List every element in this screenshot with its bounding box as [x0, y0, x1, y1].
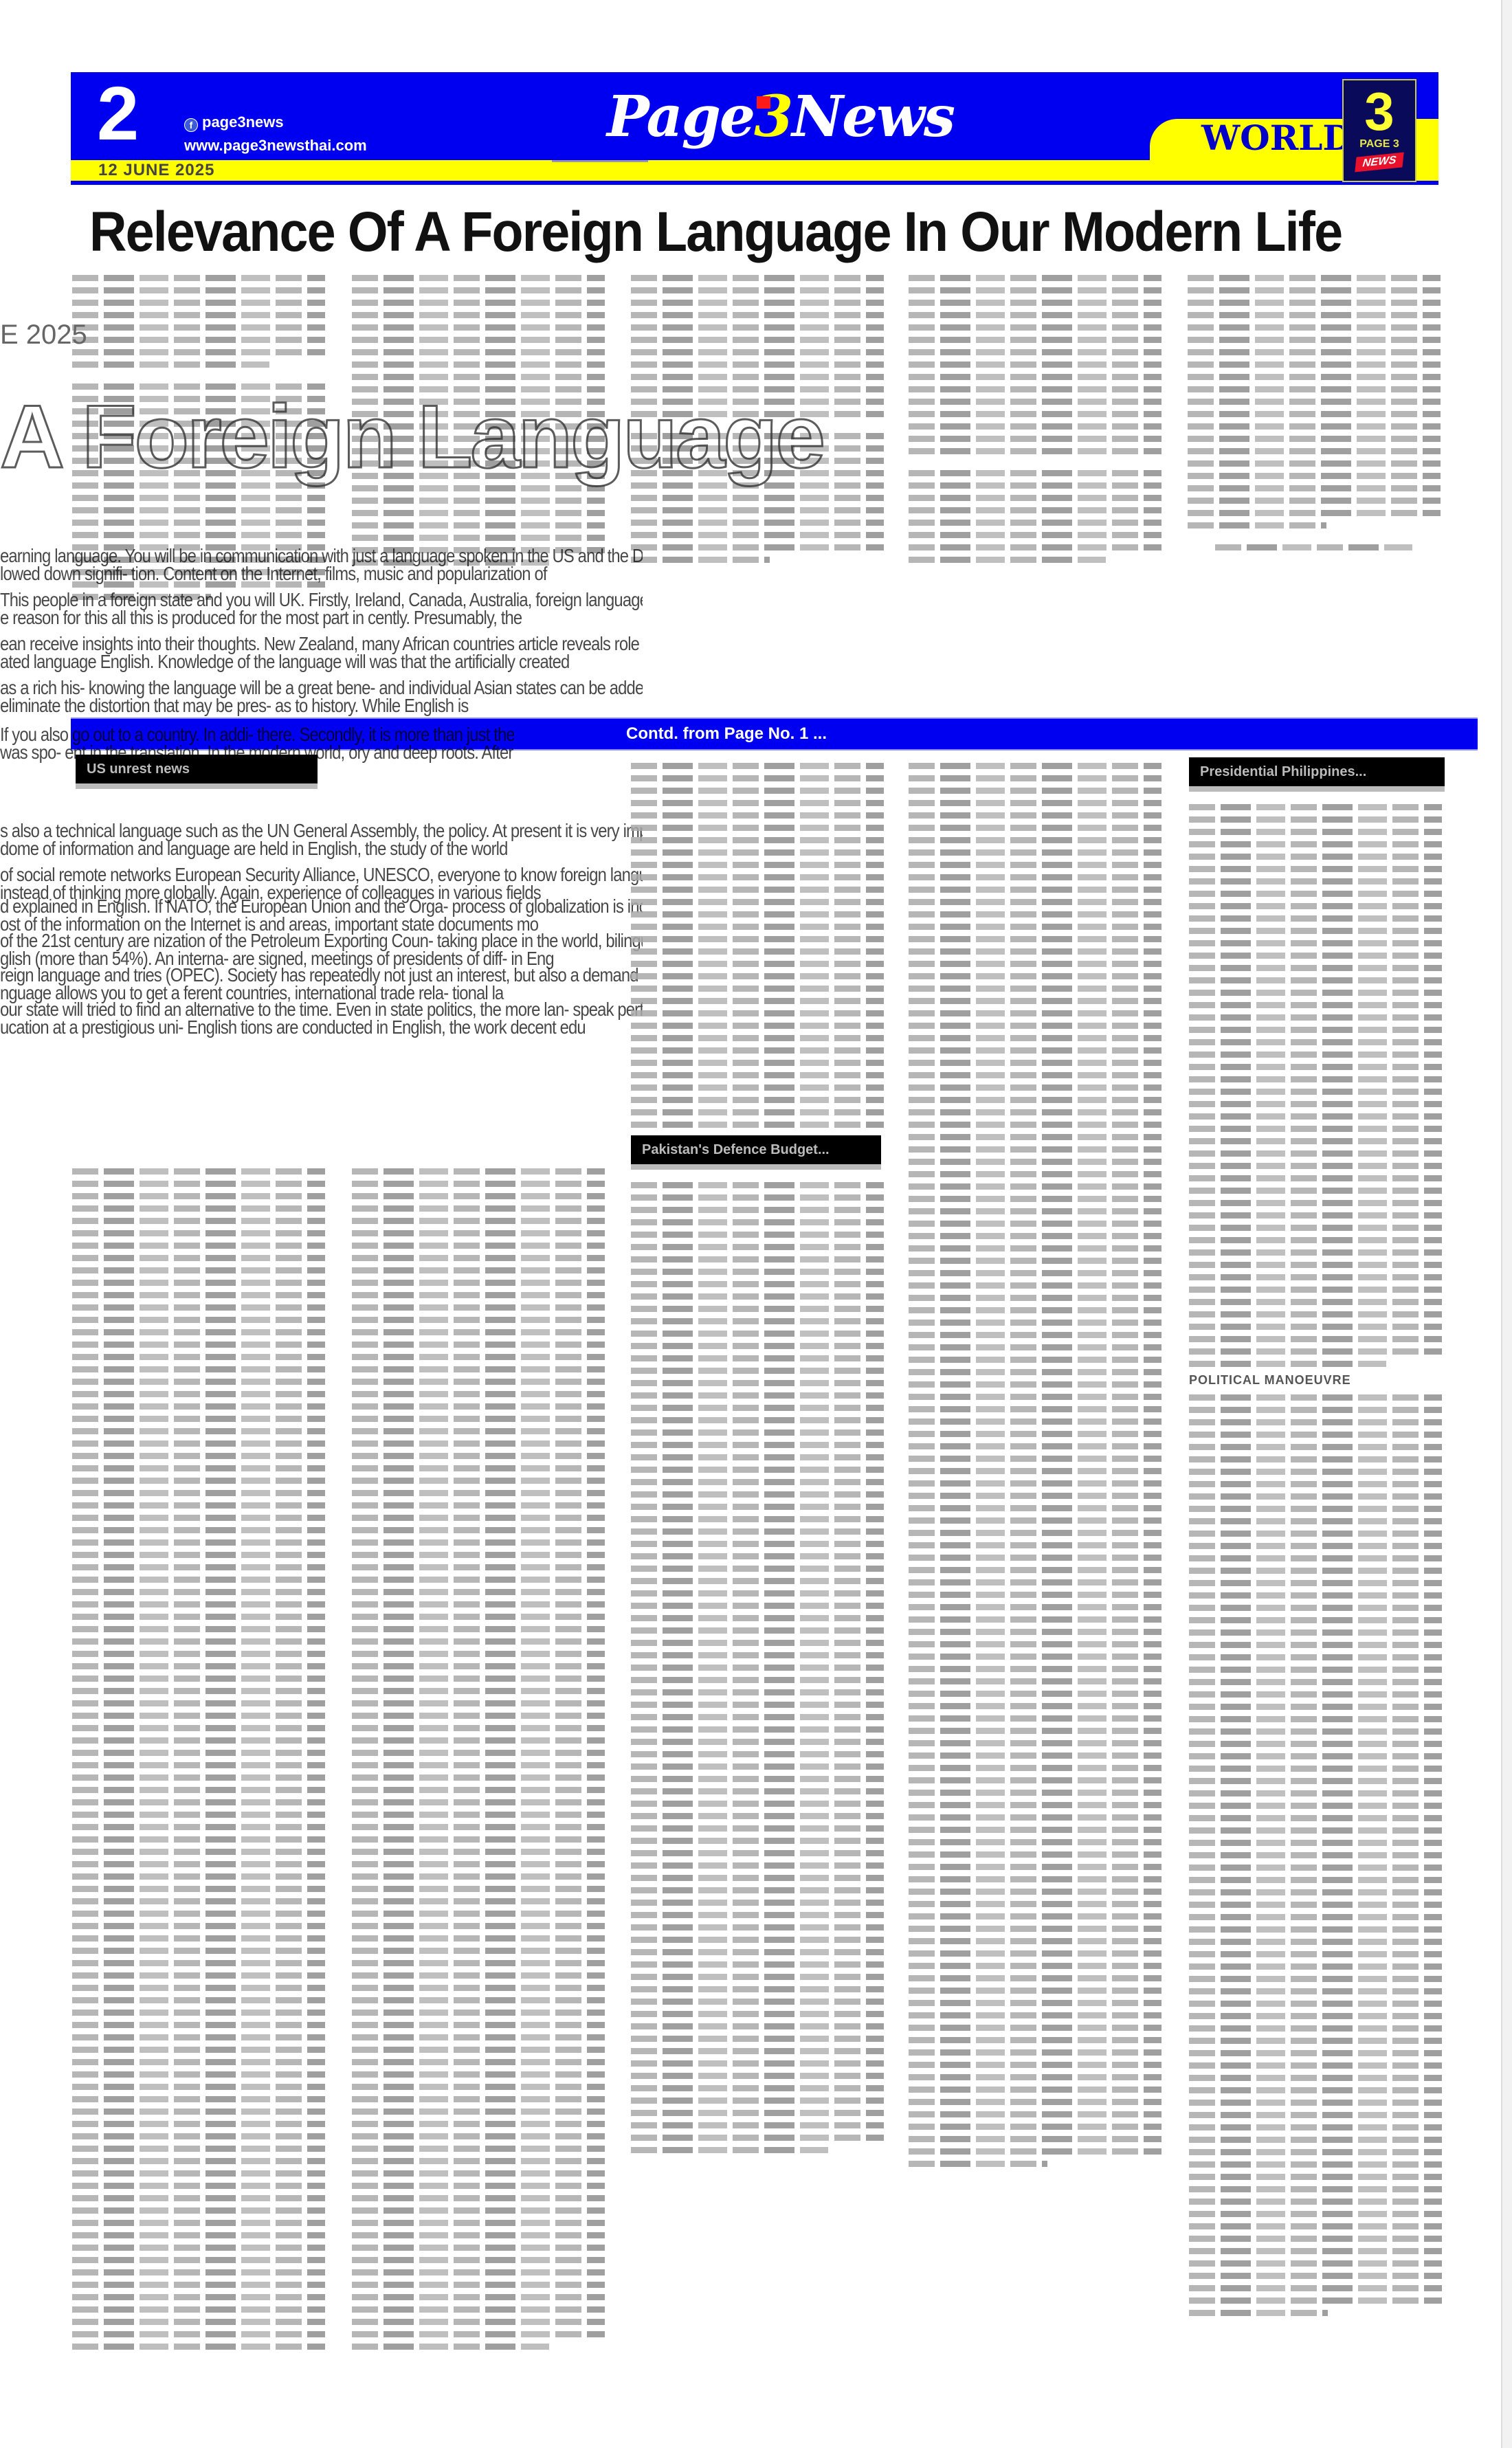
lower-column-5: POLITICAL MANOEUVRE — [1189, 804, 1442, 2322]
ghost-line: lowed down signifi- tion. Content on the… — [0, 562, 643, 586]
facebook-icon: f — [184, 118, 198, 132]
article-byline — [1215, 544, 1412, 550]
lower-column-1 — [72, 1168, 325, 2356]
ghost-date-fragment: E 2025 — [0, 320, 87, 350]
masthead-rule — [71, 181, 1438, 185]
ghost-line: dome of information and language are hel… — [0, 837, 643, 860]
ghost-line: e reason for this all this is produced f… — [0, 606, 643, 630]
page3-badge-logo: 3 PAGE 3 NEWS — [1342, 79, 1416, 182]
lower-column-4 — [909, 763, 1161, 2173]
article-column-5 — [1188, 275, 1441, 557]
badge-number: 3 — [1344, 85, 1415, 138]
logo-number: 3 — [754, 84, 792, 150]
section-kicker: Presidential Philippines... — [1189, 757, 1445, 792]
lower-column-2 — [352, 1168, 605, 2356]
facebook-handle: page3news — [202, 113, 284, 131]
page-edge — [1501, 0, 1512, 2448]
ghost-line: ated language English. Knowledge of the … — [0, 650, 643, 674]
logo-word-news: News — [792, 84, 954, 150]
article-headline: Relevance Of A Foreign Language In Our M… — [89, 199, 1328, 265]
badge-tag: NEWS — [1355, 153, 1403, 173]
continued-label: Contd. from Page No. 1 ... — [626, 719, 827, 749]
badge-label: PAGE 3 — [1344, 138, 1415, 151]
subhead: POLITICAL MANOEUVRE — [1189, 1373, 1442, 1388]
facebook-link[interactable]: fpage3news — [184, 111, 367, 134]
ghost-line: ucation at a prestigious uni- English ti… — [0, 1016, 643, 1039]
masthead-mark — [552, 160, 648, 165]
social-links: fpage3news www.page3newsthai.com — [184, 111, 367, 157]
newspaper-logo: Page3News — [607, 79, 954, 155]
masthead: 2 fpage3news www.page3newsthai.com 12 JU… — [71, 72, 1438, 186]
lower-column-3 — [631, 763, 884, 2159]
page-number: 2 — [97, 76, 139, 152]
ghost-headline-overlay: A Foreign Language — [0, 385, 823, 488]
issue-date: 12 JUNE 2025 — [98, 160, 214, 181]
ghost-line: eliminate the distortion that may be pre… — [0, 694, 643, 717]
article-column-4 — [909, 275, 1161, 569]
logo-word-page: Page — [607, 84, 754, 150]
masthead-yellow-band — [71, 160, 1438, 181]
section-kicker: US unrest news — [76, 755, 318, 789]
section-label: WORLD — [1201, 118, 1353, 159]
website-link[interactable]: www.page3newsthai.com — [184, 134, 367, 157]
